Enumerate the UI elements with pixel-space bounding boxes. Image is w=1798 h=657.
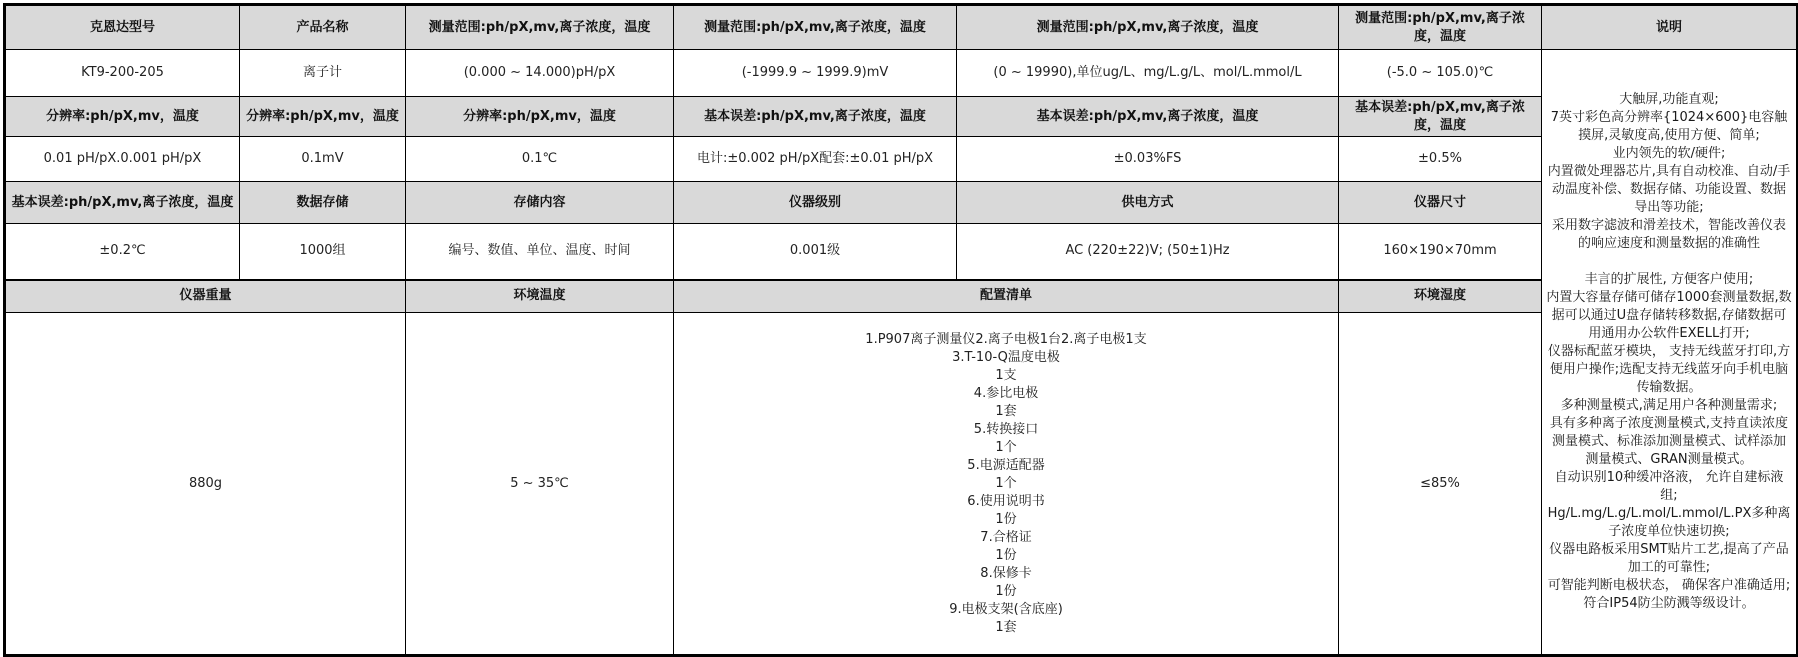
value-resolution-temp: 0.1℃ — [406, 137, 674, 182]
header-model: 克恩达型号 — [5, 5, 240, 50]
value-error-concentration: ±0.5% — [1339, 137, 1542, 182]
header-error-temp: 基本误差:ph/pX,mv,离子浓度，温度 — [1339, 97, 1542, 137]
value-error-temperature: ±0.2℃ — [5, 224, 240, 280]
value-model: KT9-200-205 — [5, 50, 240, 97]
config-item: 6.使用说明书 — [678, 493, 1334, 511]
description-spacer — [1546, 253, 1792, 271]
description-line: 7英寸彩色高分辨率{1024×600}电容触摸屏,灵敏度高,使用方便、简单; — [1546, 109, 1792, 145]
value-config-list: 1.P907离子测量仪2.离子电极1台2.离子电极1支 3.T-10-Q温度电极… — [674, 313, 1339, 656]
header-dimensions: 仪器尺寸 — [1339, 182, 1542, 224]
config-item: 1支 — [678, 367, 1334, 385]
config-item: 1个 — [678, 475, 1334, 493]
header-weight: 仪器重量 — [5, 280, 406, 313]
config-item: 1套 — [678, 619, 1334, 637]
description-line: 符合IP54防尘防溅等级设计。 — [1546, 595, 1792, 613]
header-resolution-mv: 分辨率:ph/pX,mv，温度 — [240, 97, 406, 137]
description-block-2: 丰言的扩展性, 方便客户使用; 内置大容量存储可储存1000套测量数据,数据可以… — [1546, 271, 1792, 613]
header-resolution-ph: 分辨率:ph/pX,mv，温度 — [5, 97, 240, 137]
description-cell: 大触屏,功能直观; 7英寸彩色高分辨率{1024×600}电容触摸屏,灵敏度高,… — [1542, 50, 1798, 656]
header-storage-content: 存储内容 — [406, 182, 674, 224]
description-line: 内置微处理器芯片,具有自动校准、自动/手动温度补偿、数据存储、功能设置、数据导出… — [1546, 163, 1792, 217]
header-range-ion: 测量范围:ph/pX,mv,离子浓度，温度 — [957, 5, 1339, 50]
description-line: 仪器电路板采用SMT贴片工艺,提高了产品加工的可靠性; — [1546, 541, 1792, 577]
config-item: 1份 — [678, 547, 1334, 565]
config-item: 1.P907离子测量仪2.离子电极1台2.离子电极1支 — [678, 331, 1334, 349]
description-line: 大触屏,功能直观; — [1546, 91, 1792, 109]
header-product-name: 产品名称 — [240, 5, 406, 50]
config-item: 1套 — [678, 403, 1334, 421]
header-config-list: 配置清单 — [674, 280, 1339, 313]
value-resolution-ph: 0.01 pH/pX.0.001 pH/pX — [5, 137, 240, 182]
value-data-storage: 1000组 — [240, 224, 406, 280]
config-item: 9.电极支架(含底座) — [678, 601, 1334, 619]
description-line: 可智能判断电极状态， 确保客户准确适用; — [1546, 577, 1792, 595]
header-data-storage: 数据存储 — [240, 182, 406, 224]
description-line: Hg/L.mg/L.g/L.mol/L.mmol/L.PX多种离子浓度单位快速切… — [1546, 505, 1792, 541]
config-item: 4.参比电极 — [678, 385, 1334, 403]
header-range-mv: 测量范围:ph/pX,mv,离子浓度，温度 — [674, 5, 957, 50]
config-item: 7.合格证 — [678, 529, 1334, 547]
header-range-ph: 测量范围:ph/pX,mv,离子浓度，温度 — [406, 5, 674, 50]
config-item: 5.转换接口 — [678, 421, 1334, 439]
value-range-ph: (0.000 ~ 14.000)pH/pX — [406, 50, 674, 97]
description-line: 内置大容量存储可储存1000套测量数据,数据可以通过U盘存储转移数据,存储数据可… — [1546, 289, 1792, 343]
header-range-temp: 测量范围:ph/pX,mv,离子浓度，温度 — [1339, 5, 1542, 50]
config-item: 8.保修卡 — [678, 565, 1334, 583]
value-humidity: ≤85% — [1339, 313, 1542, 656]
header-instrument-grade: 仪器级别 — [674, 182, 957, 224]
value-error-ph: 电计:±0.002 pH/pX配套:±0.01 pH/pX — [674, 137, 957, 182]
value-error-ion: ±0.03%FS — [957, 137, 1339, 182]
description-line: 自动识别10种缓冲洛液， 允许自建标液组; — [1546, 469, 1792, 505]
config-item: 1个 — [678, 439, 1334, 457]
description-block-1: 大触屏,功能直观; 7英寸彩色高分辨率{1024×600}电容触摸屏,灵敏度高,… — [1546, 91, 1792, 253]
config-item: 5.电源适配器 — [678, 457, 1334, 475]
config-item: 1份 — [678, 583, 1334, 601]
description-line: 仪器标配蓝牙模块， 支持无线蓝牙打印,方便用户操作;选配支持无线蓝牙向手机电脑传… — [1546, 343, 1792, 397]
header-power-supply: 供电方式 — [957, 182, 1339, 224]
header-error-ion: 基本误差:ph/pX,mv,离子浓度，温度 — [957, 97, 1339, 137]
header-row-3: 基本误差:ph/pX,mv,离子浓度，温度 数据存储 存储内容 仪器级别 供电方… — [5, 182, 1798, 224]
value-weight: 880g — [5, 313, 406, 656]
value-dimensions: 160×190×70mm — [1339, 224, 1542, 280]
value-range-temp: (-5.0 ~ 105.0)℃ — [1339, 50, 1542, 97]
value-power-supply: AC (220±22)V; (50±1)Hz — [957, 224, 1339, 280]
value-ambient-temperature: 5 ~ 35℃ — [406, 313, 674, 656]
header-ambient-temperature: 环境温度 — [406, 280, 674, 313]
value-product-name: 离子计 — [240, 50, 406, 97]
header-row-2: 分辨率:ph/pX,mv，温度 分辨率:ph/pX,mv，温度 分辨率:ph/p… — [5, 97, 1798, 137]
value-row-3: ±0.2℃ 1000组 编号、数值、单位、温度、时间 0.001级 AC (22… — [5, 224, 1798, 280]
value-range-ion: (0 ~ 19990),单位ug/L、mg/L.g/L、mol/L.mmol/L — [957, 50, 1339, 97]
description-line: 丰言的扩展性, 方便客户使用; — [1546, 271, 1792, 289]
value-row-4: 880g 5 ~ 35℃ 1.P907离子测量仪2.离子电极1台2.离子电极1支… — [5, 313, 1798, 656]
header-row-1: 克恩达型号 产品名称 测量范围:ph/pX,mv,离子浓度，温度 测量范围:ph… — [5, 5, 1798, 50]
header-row-4: 仪器重量 环境温度 配置清单 环境湿度 — [5, 280, 1798, 313]
value-row-1: KT9-200-205 离子计 (0.000 ~ 14.000)pH/pX (-… — [5, 50, 1798, 97]
config-item: 3.T-10-Q温度电极 — [678, 349, 1334, 367]
value-row-2: 0.01 pH/pX.0.001 pH/pX 0.1mV 0.1℃ 电计:±0.… — [5, 137, 1798, 182]
header-error-ph: 基本误差:ph/pX,mv,离子浓度，温度 — [674, 97, 957, 137]
value-storage-content: 编号、数值、单位、温度、时间 — [406, 224, 674, 280]
value-instrument-grade: 0.001级 — [674, 224, 957, 280]
header-humidity: 环境湿度 — [1339, 280, 1542, 313]
value-range-mv: (-1999.9 ~ 1999.9)mV — [674, 50, 957, 97]
header-description: 说明 — [1542, 5, 1798, 50]
header-resolution-temp: 分辨率:ph/pX,mv，温度 — [406, 97, 674, 137]
description-line: 采用数字滤波和滑差技术，智能改善仪表的响应速度和测量数据的准确性 — [1546, 217, 1792, 253]
description-line: 具有多种离子浓度测量模式,支持直读浓度测量模式、标准添加测量模式、试样添加测量模… — [1546, 415, 1792, 469]
description-line: 多种测量模式,满足用户各种测量需求; — [1546, 397, 1792, 415]
config-item: 1份 — [678, 511, 1334, 529]
value-resolution-mv: 0.1mV — [240, 137, 406, 182]
product-spec-table: 克恩达型号 产品名称 测量范围:ph/pX,mv,离子浓度，温度 测量范围:ph… — [3, 3, 1798, 657]
header-error-temperature: 基本误差:ph/pX,mv,离子浓度，温度 — [5, 182, 240, 224]
description-line: 业内领先的软/硬件; — [1546, 145, 1792, 163]
